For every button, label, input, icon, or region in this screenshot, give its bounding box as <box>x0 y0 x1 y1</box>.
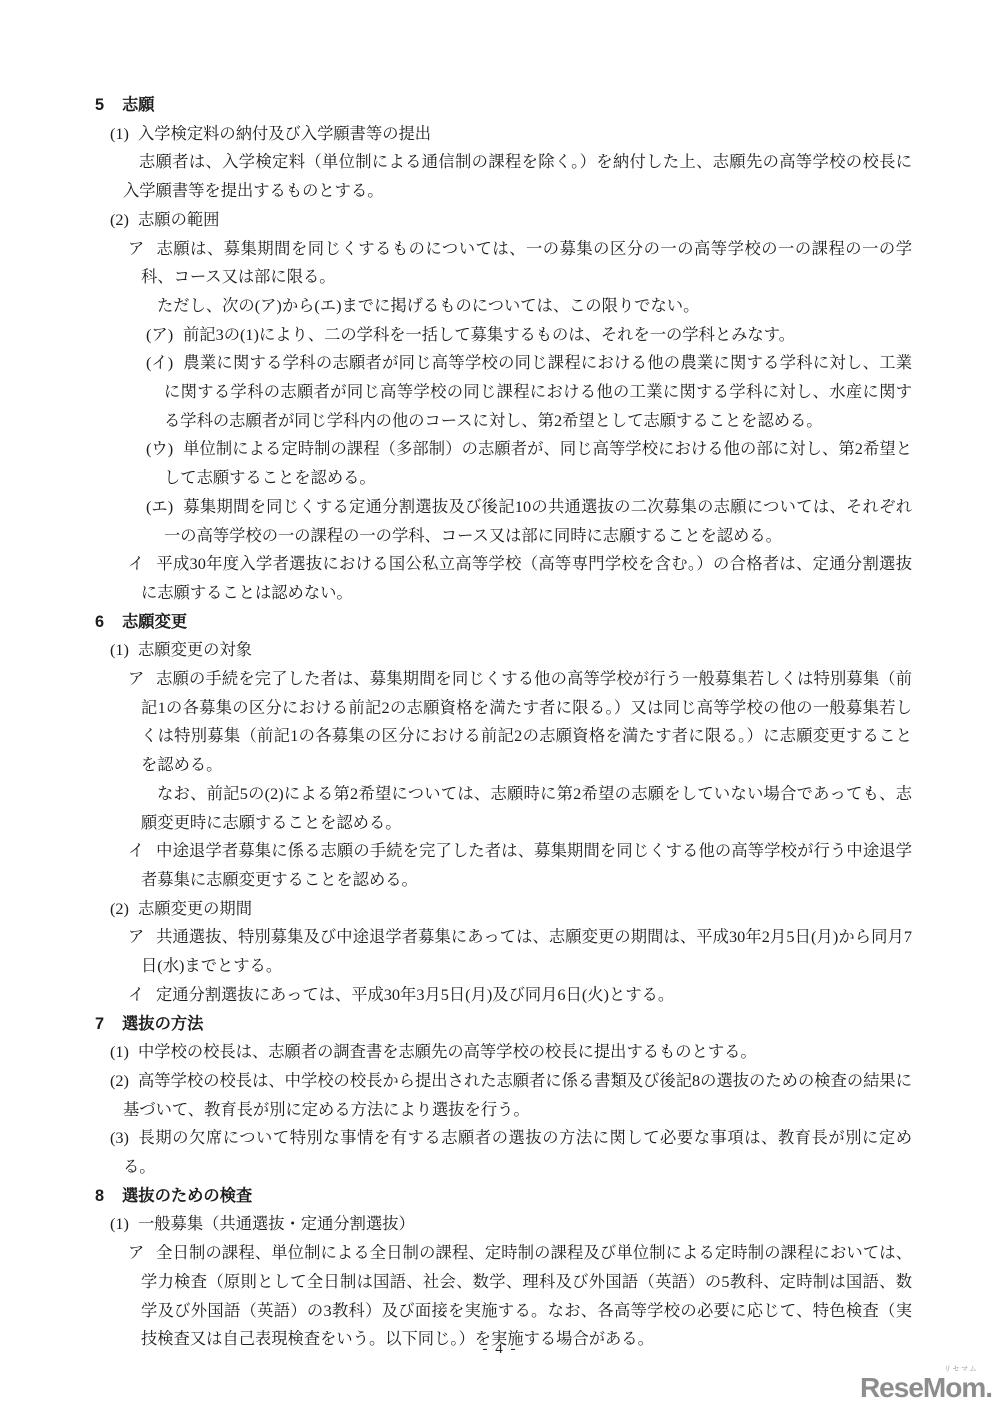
section-title: 志願 <box>122 96 155 114</box>
section-heading-7: 7選抜の方法 <box>0 1010 912 1039</box>
item-marker: (1) <box>110 636 138 665</box>
item-marker: ア <box>128 1239 156 1268</box>
item-text: 長期の欠席について特別な事情を有する志願者の選抜の方法に関して必要な事項は、教育… <box>123 1128 912 1176</box>
item-marker: (1) <box>110 1210 138 1239</box>
item-text: 志願の範囲 <box>138 210 219 229</box>
paragraph-text: 志願者は、入学検定料（単位制による通信制の課程を除く。）を納付した上、志願先の高… <box>123 152 912 200</box>
item-marker: (ア) <box>146 321 183 350</box>
list-item: (エ)募集期間を同じくする定通分割選抜及び後記10の共通選抜の二次募集の志願につ… <box>0 493 912 550</box>
item-marker: (2) <box>110 1067 138 1096</box>
section-number: 7 <box>95 1010 122 1039</box>
page-number: - 4 - <box>0 1341 1000 1358</box>
list-item: イ中途退学者募集に係る志願の手続を完了した者は、募集期間を同じくする他の高等学校… <box>0 837 912 894</box>
item-text: 一般募集（共通選抜・定通分割選抜） <box>138 1214 415 1233</box>
section-heading-6: 6志願変更 <box>0 608 912 637</box>
list-item: (2)高等学校の校長は、中学校の校長から提出された志願者に係る書類及び後記8の選… <box>0 1067 912 1124</box>
item-text: 志願は、募集期間を同じくするものについては、一の募集の区分の一の高等学校の一の課… <box>141 239 912 287</box>
list-item: ア全日制の課程、単位制による全日制の課程、定時制の課程及び単位制による定時制の課… <box>0 1239 912 1354</box>
item-marker: (イ) <box>146 349 183 378</box>
item-text: 平成30年度入学者選抜における国公私立高等学校（高等専門学校を含む。）の合格者は… <box>141 554 912 602</box>
item-marker: ア <box>128 665 156 694</box>
list-item: (1)一般募集（共通選抜・定通分割選抜） <box>0 1210 912 1239</box>
paragraph: なお、前記5の(2)による第2希望については、志願時に第2希望の志願をしていない… <box>0 780 912 837</box>
section-heading-8: 8選抜のための検査 <box>0 1182 912 1211</box>
list-item: (2)志願変更の期間 <box>0 895 912 924</box>
paragraph: ただし、次の(ア)から(エ)までに掲げるものについては、この限りでない。 <box>0 292 912 321</box>
item-marker: (2) <box>110 206 138 235</box>
section-number: 5 <box>95 91 122 120</box>
item-marker: (3) <box>110 1124 138 1153</box>
paragraph: 志願者は、入学検定料（単位制による通信制の課程を除く。）を納付した上、志願先の高… <box>0 148 912 205</box>
item-marker: イ <box>128 981 156 1010</box>
list-item: (1)入学検定料の納付及び入学願書等の提出 <box>0 120 912 149</box>
item-text: 全日制の課程、単位制による全日制の課程、定時制の課程及び単位制による定時制の課程… <box>141 1243 912 1348</box>
list-item: イ平成30年度入学者選抜における国公私立高等学校（高等専門学校を含む。）の合格者… <box>0 550 912 607</box>
section-title: 選抜のための検査 <box>122 1187 252 1205</box>
item-text: 志願の手続を完了した者は、募集期間を同じくする他の高等学校が行う一般募集若しくは… <box>141 669 912 774</box>
list-item: (イ)農業に関する学科の志願者が同じ高等学校の同じ課程における他の農業に関する学… <box>0 349 912 435</box>
item-marker: (ウ) <box>146 435 183 464</box>
paragraph-text: なお、前記5の(2)による第2希望については、志願時に第2希望の志願をしていない… <box>141 784 912 832</box>
item-text: 高等学校の校長は、中学校の校長から提出された志願者に係る書類及び後記8の選抜のた… <box>123 1071 912 1119</box>
list-item: (3)長期の欠席について特別な事情を有する志願者の選抜の方法に関して必要な事項は… <box>0 1124 912 1181</box>
list-item: (2)志願の範囲 <box>0 206 912 235</box>
item-marker: ア <box>128 235 156 264</box>
section-heading-5: 5志願 <box>0 91 912 120</box>
paragraph-text: ただし、次の(ア)から(エ)までに掲げるものについては、この限りでない。 <box>157 296 699 315</box>
item-text: 農業に関する学科の志願者が同じ高等学校の同じ課程における他の農業に関する学科に対… <box>164 353 912 429</box>
item-text: 前記3の(1)により、二の学科を一括して募集するものは、それを一の学科とみなす。 <box>183 325 795 344</box>
resemom-logo: リセマム ReseMom. <box>860 1366 992 1402</box>
item-text: 志願変更の対象 <box>138 640 252 659</box>
section-number: 6 <box>95 608 122 637</box>
item-marker: (1) <box>110 1038 138 1067</box>
item-text: 共通選抜、特別募集及び中途退学者募集にあっては、志願変更の期間は、平成30年2月… <box>141 927 912 975</box>
item-text: 募集期間を同じくする定通分割選抜及び後記10の共通選抜の二次募集の志願については… <box>164 497 912 545</box>
item-text: 定通分割選抜にあっては、平成30年3月5日(月)及び同月6日(火)とする。 <box>156 985 674 1004</box>
list-item: ア共通選抜、特別募集及び中途退学者募集にあっては、志願変更の期間は、平成30年2… <box>0 923 912 980</box>
item-text: 入学検定料の納付及び入学願書等の提出 <box>138 124 431 143</box>
item-marker: (エ) <box>146 493 183 522</box>
document-page: 5志願 (1)入学検定料の納付及び入学願書等の提出 志願者は、入学検定料（単位制… <box>0 0 1000 1414</box>
list-item: ア志願の手続を完了した者は、募集期間を同じくする他の高等学校が行う一般募集若しく… <box>0 665 912 780</box>
item-text: 単位制による定時制の課程（多部制）の志願者が、同じ高等学校における他の部に対し、… <box>164 439 912 487</box>
logo-text: ReseMom. <box>860 1372 992 1403</box>
item-marker: (2) <box>110 895 138 924</box>
item-marker: イ <box>128 837 156 866</box>
item-text: 中学校の校長は、志願者の調査書を志願先の高等学校の校長に提出するものとする。 <box>138 1042 757 1061</box>
list-item: (ア)前記3の(1)により、二の学科を一括して募集するものは、それを一の学科とみ… <box>0 321 912 350</box>
list-item: (1)中学校の校長は、志願者の調査書を志願先の高等学校の校長に提出するものとする… <box>0 1038 912 1067</box>
item-text: 志願変更の期間 <box>138 899 252 918</box>
section-title: 志願変更 <box>122 613 187 631</box>
item-marker: ア <box>128 923 156 952</box>
list-item: (ウ)単位制による定時制の課程（多部制）の志願者が、同じ高等学校における他の部に… <box>0 435 912 492</box>
document-body: 5志願 (1)入学検定料の納付及び入学願書等の提出 志願者は、入学検定料（単位制… <box>0 0 1000 1354</box>
list-item: (1)志願変更の対象 <box>0 636 912 665</box>
section-title: 選抜の方法 <box>122 1015 203 1033</box>
item-marker: (1) <box>110 120 138 149</box>
item-marker: イ <box>128 550 156 579</box>
item-text: 中途退学者募集に係る志願の手続を完了した者は、募集期間を同じくする他の高等学校が… <box>141 841 912 889</box>
list-item: イ定通分割選抜にあっては、平成30年3月5日(月)及び同月6日(火)とする。 <box>0 981 912 1010</box>
section-number: 8 <box>95 1182 122 1211</box>
list-item: ア志願は、募集期間を同じくするものについては、一の募集の区分の一の高等学校の一の… <box>0 235 912 292</box>
